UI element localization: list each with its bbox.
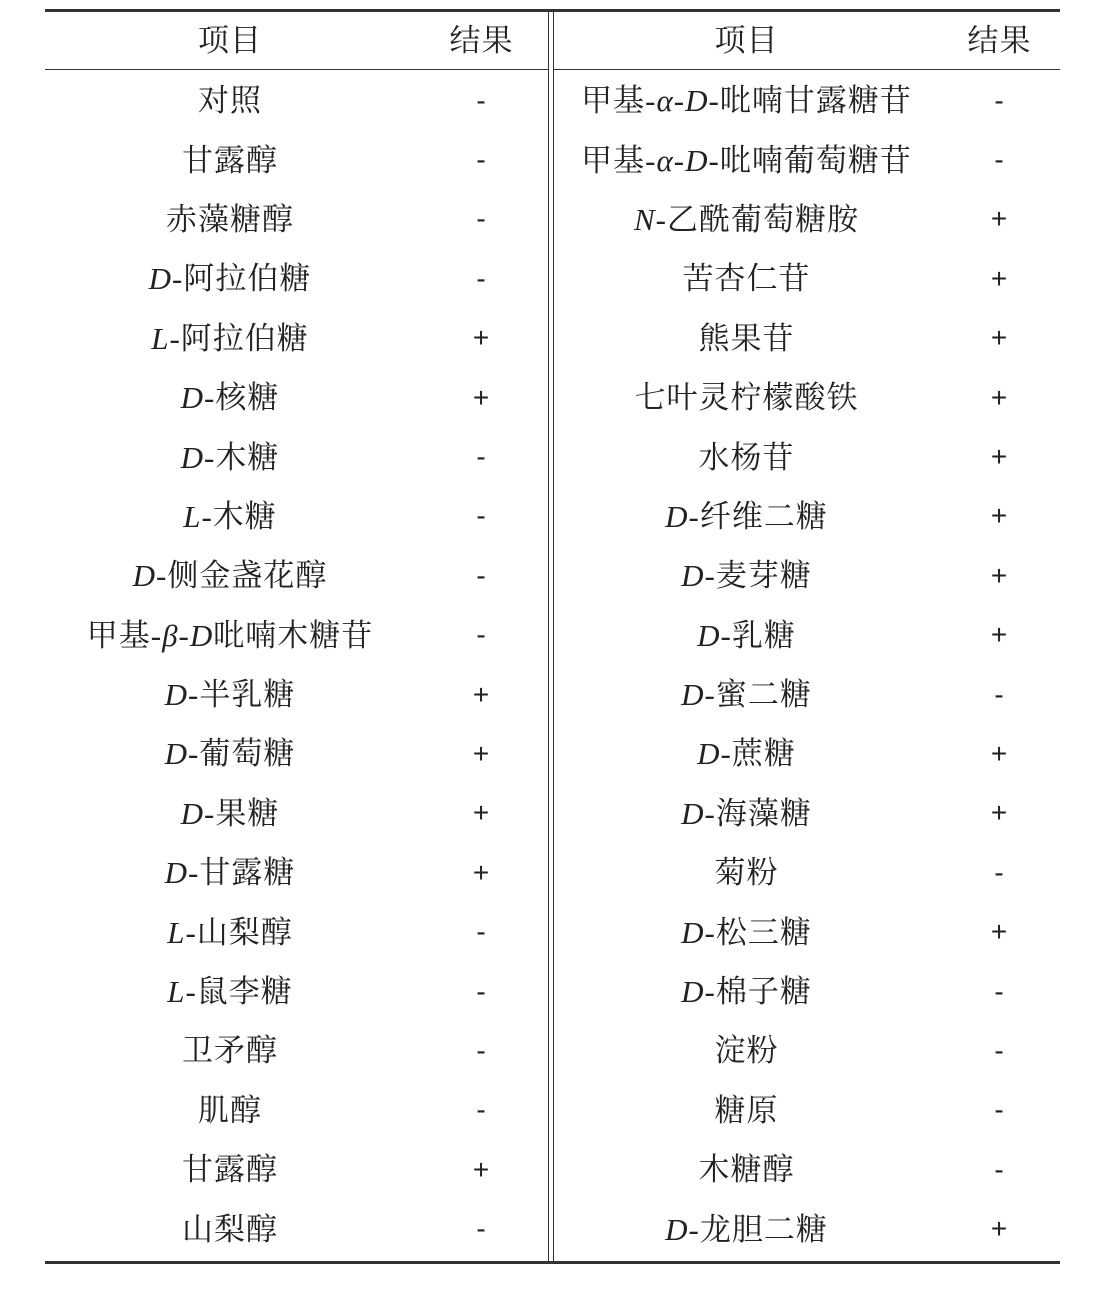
- result-cell: -: [415, 562, 548, 590]
- item-configuration: -D: [179, 618, 214, 653]
- table-row: D-纤维二糖+: [554, 487, 1060, 546]
- result-cell: +: [415, 384, 548, 412]
- table-row: L-山梨醇-: [45, 902, 548, 961]
- result-cell: +: [939, 384, 1060, 412]
- table-row: 山梨醇-: [45, 1199, 548, 1258]
- result-cell: -: [939, 1096, 1060, 1124]
- table-row: 甘露醇-: [45, 130, 548, 189]
- carbon-source-results-table: 项目 结果 对照-甘露醇-赤藻糖醇-D-阿拉伯糖-L-阿拉伯糖+D-核糖+D-木…: [45, 9, 1060, 1264]
- right-rows: 甲基-α-D-吡喃甘露糖苷-甲基-α-D-吡喃葡萄糖苷-N-乙酰葡萄糖胺+苦杏仁…: [554, 70, 1060, 1261]
- item-cell: D-侧金盏花醇: [45, 560, 415, 591]
- table-row: 苦杏仁苷+: [554, 249, 1060, 308]
- item-name: -半乳糖: [188, 677, 295, 712]
- item-cell: D-木糖: [45, 442, 415, 473]
- item-cell: L-山梨醇: [45, 917, 415, 948]
- item-name: -果糖: [204, 796, 279, 831]
- item-cell: D-麦芽糖: [554, 560, 939, 591]
- result-cell: -: [415, 265, 548, 293]
- item-cell: D-棉子糖: [554, 976, 939, 1007]
- result-cell: +: [939, 918, 1060, 946]
- item-configuration: D: [181, 796, 204, 831]
- item-name: 甘露醇: [182, 1152, 278, 1187]
- table-row: D-棉子糖-: [554, 962, 1060, 1021]
- table-row: D-木糖-: [45, 427, 548, 486]
- result-cell: -: [939, 1037, 1060, 1065]
- item-cell: 七叶灵柠檬酸铁: [554, 382, 939, 413]
- result-cell: +: [939, 799, 1060, 827]
- table-row: D-蜜二糖-: [554, 665, 1060, 724]
- header-row-left: 项目 结果: [45, 12, 548, 70]
- item-name: -蜜二糖: [705, 677, 812, 712]
- item-cell: 赤藻糖醇: [45, 204, 415, 235]
- table-row: L-木糖-: [45, 487, 548, 546]
- item-name: -侧金盏花醇: [156, 558, 327, 593]
- item-name: -鼠李糖: [185, 974, 292, 1009]
- result-cell: +: [415, 859, 548, 887]
- result-cell: -: [415, 146, 548, 174]
- item-cell: 木糖醇: [554, 1154, 939, 1185]
- item-cell: L-木糖: [45, 501, 415, 532]
- table-row: 水杨苷+: [554, 427, 1060, 486]
- item-configuration: L: [151, 321, 169, 356]
- item-cell: N-乙酰葡萄糖胺: [554, 204, 939, 235]
- table-row: D-蔗糖+: [554, 724, 1060, 783]
- table-row: D-麦芽糖+: [554, 546, 1060, 605]
- item-configuration: D: [697, 618, 720, 653]
- item-prefix: 甲基-: [87, 618, 162, 653]
- item-name: -纤维二糖: [689, 499, 828, 534]
- result-cell: -: [939, 146, 1060, 174]
- table-body: 项目 结果 对照-甘露醇-赤藻糖醇-D-阿拉伯糖-L-阿拉伯糖+D-核糖+D-木…: [45, 12, 1060, 1261]
- item-cell: 甘露醇: [45, 145, 415, 176]
- table-row: 甲基-β-D吡喃木糖苷-: [45, 606, 548, 665]
- item-configuration: D: [665, 499, 688, 534]
- item-cell: D-甘露糖: [45, 857, 415, 888]
- table-row: 木糖醇-: [554, 1140, 1060, 1199]
- item-prefix: 甲基-: [581, 83, 656, 118]
- item-name: -木糖: [201, 499, 276, 534]
- item-configuration: D: [165, 677, 188, 712]
- item-greek-letter: β: [162, 618, 178, 653]
- result-cell: -: [415, 1215, 548, 1243]
- item-configuration: -D: [674, 143, 709, 178]
- table-row: D-半乳糖+: [45, 665, 548, 724]
- item-cell: 甲基-β-D吡喃木糖苷: [45, 620, 415, 651]
- table-row: 对照-: [45, 71, 548, 130]
- item-configuration: D: [165, 855, 188, 890]
- item-name: -葡萄糖: [188, 736, 295, 771]
- item-name: 熊果苷: [699, 321, 795, 356]
- table-row: L-鼠李糖-: [45, 962, 548, 1021]
- header-item: 项目: [554, 25, 939, 56]
- left-rows: 对照-甘露醇-赤藻糖醇-D-阿拉伯糖-L-阿拉伯糖+D-核糖+D-木糖-L-木糖…: [45, 70, 548, 1261]
- item-cell: D-核糖: [45, 382, 415, 413]
- item-cell: D-纤维二糖: [554, 501, 939, 532]
- result-cell: -: [415, 502, 548, 530]
- table-row: D-甘露糖+: [45, 843, 548, 902]
- result-cell: +: [939, 205, 1060, 233]
- item-cell: 甲基-α-D-吡喃葡萄糖苷: [554, 145, 939, 176]
- item-name: 苦杏仁苷: [683, 261, 811, 296]
- result-cell: -: [415, 978, 548, 1006]
- item-configuration: L: [183, 499, 201, 534]
- item-configuration: D: [681, 974, 704, 1009]
- table-row: D-葡萄糖+: [45, 724, 548, 783]
- item-cell: 糖原: [554, 1095, 939, 1126]
- table-row: 甘露醇+: [45, 1140, 548, 1199]
- item-name: -蔗糖: [721, 736, 796, 771]
- table-row: 赤藻糖醇-: [45, 190, 548, 249]
- table-row: 糖原-: [554, 1081, 1060, 1140]
- result-cell: -: [415, 205, 548, 233]
- item-configuration: L: [167, 915, 185, 950]
- table-row: 甲基-α-D-吡喃葡萄糖苷-: [554, 130, 1060, 189]
- table-row: 菊粉-: [554, 843, 1060, 902]
- item-cell: 山梨醇: [45, 1214, 415, 1245]
- item-name: 对照: [198, 83, 262, 118]
- table-row: 卫矛醇-: [45, 1021, 548, 1080]
- header-result: 结果: [415, 25, 548, 56]
- item-cell: 菊粉: [554, 857, 939, 888]
- table-row: D-核糖+: [45, 368, 548, 427]
- item-prefix: 甲基-: [581, 143, 656, 178]
- item-name: 赤藻糖醇: [166, 202, 294, 237]
- item-cell: 甘露醇: [45, 1154, 415, 1185]
- result-cell: +: [939, 502, 1060, 530]
- header-item: 项目: [45, 25, 415, 56]
- item-name: -甘露糖: [188, 855, 295, 890]
- result-cell: +: [415, 1156, 548, 1184]
- item-name: -龙胆二糖: [689, 1212, 828, 1247]
- result-cell: +: [939, 740, 1060, 768]
- item-name: 山梨醇: [182, 1212, 278, 1247]
- item-name: -木糖: [204, 440, 279, 475]
- result-cell: -: [415, 1096, 548, 1124]
- item-name: -海藻糖: [705, 796, 812, 831]
- item-cell: 水杨苷: [554, 442, 939, 473]
- result-cell: +: [415, 799, 548, 827]
- result-cell: -: [415, 621, 548, 649]
- table-row: 淀粉-: [554, 1021, 1060, 1080]
- result-cell: +: [939, 562, 1060, 590]
- item-name: 七叶灵柠檬酸铁: [635, 380, 859, 415]
- item-configuration: D: [665, 1212, 688, 1247]
- item-cell: D-龙胆二糖: [554, 1214, 939, 1245]
- result-cell: +: [415, 740, 548, 768]
- header-result: 结果: [939, 25, 1060, 56]
- item-name: -吡喃葡萄糖苷: [709, 143, 912, 178]
- table-row: D-海藻糖+: [554, 784, 1060, 843]
- item-name: -松三糖: [705, 915, 812, 950]
- item-configuration: D: [181, 440, 204, 475]
- item-cell: 甲基-α-D-吡喃甘露糖苷: [554, 85, 939, 116]
- item-cell: L-阿拉伯糖: [45, 323, 415, 354]
- item-configuration: N: [634, 202, 656, 237]
- item-configuration: D: [181, 380, 204, 415]
- item-cell: 肌醇: [45, 1095, 415, 1126]
- table-row: L-阿拉伯糖+: [45, 309, 548, 368]
- item-name: -乙酰葡萄糖胺: [656, 202, 859, 237]
- table-row: D-果糖+: [45, 784, 548, 843]
- item-cell: D-阿拉伯糖: [45, 263, 415, 294]
- result-cell: -: [939, 978, 1060, 1006]
- item-name: -阿拉伯糖: [172, 261, 311, 296]
- item-configuration: D: [681, 558, 704, 593]
- item-name: 甘露醇: [182, 143, 278, 178]
- item-cell: D-海藻糖: [554, 798, 939, 829]
- table-row: N-乙酰葡萄糖胺+: [554, 190, 1060, 249]
- item-name: -核糖: [204, 380, 279, 415]
- item-configuration: D: [681, 796, 704, 831]
- item-name: 糖原: [715, 1093, 779, 1128]
- item-configuration: D: [681, 915, 704, 950]
- item-name: 木糖醇: [699, 1152, 795, 1187]
- result-cell: +: [939, 1215, 1060, 1243]
- item-cell: D-蔗糖: [554, 738, 939, 769]
- item-cell: D-松三糖: [554, 917, 939, 948]
- item-name: 肌醇: [198, 1093, 262, 1128]
- item-configuration: D: [149, 261, 172, 296]
- item-configuration: -D: [674, 83, 709, 118]
- result-cell: -: [415, 443, 548, 471]
- item-name: 水杨苷: [699, 440, 795, 475]
- result-cell: +: [939, 443, 1060, 471]
- item-cell: 淀粉: [554, 1035, 939, 1066]
- result-cell: -: [939, 681, 1060, 709]
- table-row: 七叶灵柠檬酸铁+: [554, 368, 1060, 427]
- item-name: 吡喃木糖苷: [213, 618, 373, 653]
- result-cell: -: [415, 918, 548, 946]
- item-configuration: D: [133, 558, 156, 593]
- item-cell: D-蜜二糖: [554, 679, 939, 710]
- table-row: D-乳糖+: [554, 606, 1060, 665]
- table-row: D-侧金盏花醇-: [45, 546, 548, 605]
- table-row: 肌醇-: [45, 1081, 548, 1140]
- item-greek-letter: α: [657, 83, 674, 118]
- result-cell: +: [939, 265, 1060, 293]
- item-name: -乳糖: [721, 618, 796, 653]
- item-name: 菊粉: [715, 855, 779, 890]
- table-row: 甲基-α-D-吡喃甘露糖苷-: [554, 71, 1060, 130]
- result-cell: +: [415, 324, 548, 352]
- left-half: 项目 结果 对照-甘露醇-赤藻糖醇-D-阿拉伯糖-L-阿拉伯糖+D-核糖+D-木…: [45, 12, 548, 1261]
- result-cell: +: [415, 681, 548, 709]
- item-cell: 苦杏仁苷: [554, 263, 939, 294]
- result-cell: -: [415, 1037, 548, 1065]
- item-configuration: D: [681, 677, 704, 712]
- item-name: 卫矛醇: [182, 1033, 278, 1068]
- result-cell: -: [939, 859, 1060, 887]
- item-cell: 熊果苷: [554, 323, 939, 354]
- item-name: -阿拉伯糖: [169, 321, 308, 356]
- result-cell: +: [939, 324, 1060, 352]
- item-cell: 对照: [45, 85, 415, 116]
- right-half: 项目 结果 甲基-α-D-吡喃甘露糖苷-甲基-α-D-吡喃葡萄糖苷-N-乙酰葡萄…: [554, 12, 1060, 1261]
- item-cell: D-半乳糖: [45, 679, 415, 710]
- item-configuration: L: [167, 974, 185, 1009]
- item-name: -麦芽糖: [705, 558, 812, 593]
- item-configuration: D: [165, 736, 188, 771]
- item-cell: 卫矛醇: [45, 1035, 415, 1066]
- item-name: -棉子糖: [705, 974, 812, 1009]
- result-cell: -: [415, 87, 548, 115]
- item-greek-letter: α: [657, 143, 674, 178]
- result-cell: -: [939, 1156, 1060, 1184]
- result-cell: -: [939, 87, 1060, 115]
- table-row: 熊果苷+: [554, 309, 1060, 368]
- item-cell: D-乳糖: [554, 620, 939, 651]
- item-configuration: D: [697, 736, 720, 771]
- item-cell: D-果糖: [45, 798, 415, 829]
- header-row-right: 项目 结果: [554, 12, 1060, 70]
- item-name: 淀粉: [715, 1033, 779, 1068]
- item-cell: D-葡萄糖: [45, 738, 415, 769]
- item-cell: L-鼠李糖: [45, 976, 415, 1007]
- item-name: -山梨醇: [185, 915, 292, 950]
- item-name: -吡喃甘露糖苷: [709, 83, 912, 118]
- result-cell: +: [939, 621, 1060, 649]
- table-row: D-松三糖+: [554, 902, 1060, 961]
- table-row: D-阿拉伯糖-: [45, 249, 548, 308]
- table-row: D-龙胆二糖+: [554, 1199, 1060, 1258]
